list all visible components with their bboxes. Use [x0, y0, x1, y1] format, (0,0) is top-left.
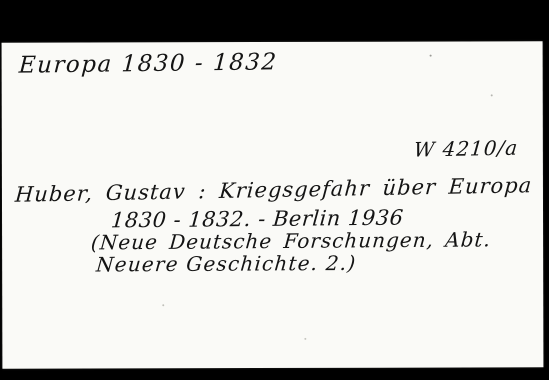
subject-heading: Europa 1830 - 1832 [18, 49, 278, 78]
scan-noise-speck [304, 338, 306, 340]
entry-author-title-line: Huber, Gustav : Kriegsgefahr über Europa [14, 173, 533, 207]
catalog-card: Europa 1830 - 1832 W 4210/a Huber, Gusta… [2, 41, 544, 368]
call-number: W 4210/a [413, 136, 520, 162]
scan-noise-speck [430, 55, 432, 57]
scan-noise-speck [60, 191, 61, 192]
scan-noise-speck [491, 94, 493, 96]
entry-series-line-2: Neuere Geschichte. 2.) [95, 251, 357, 277]
scan-background: Europa 1830 - 1832 W 4210/a Huber, Gusta… [0, 0, 549, 380]
scan-noise-speck [162, 304, 164, 306]
